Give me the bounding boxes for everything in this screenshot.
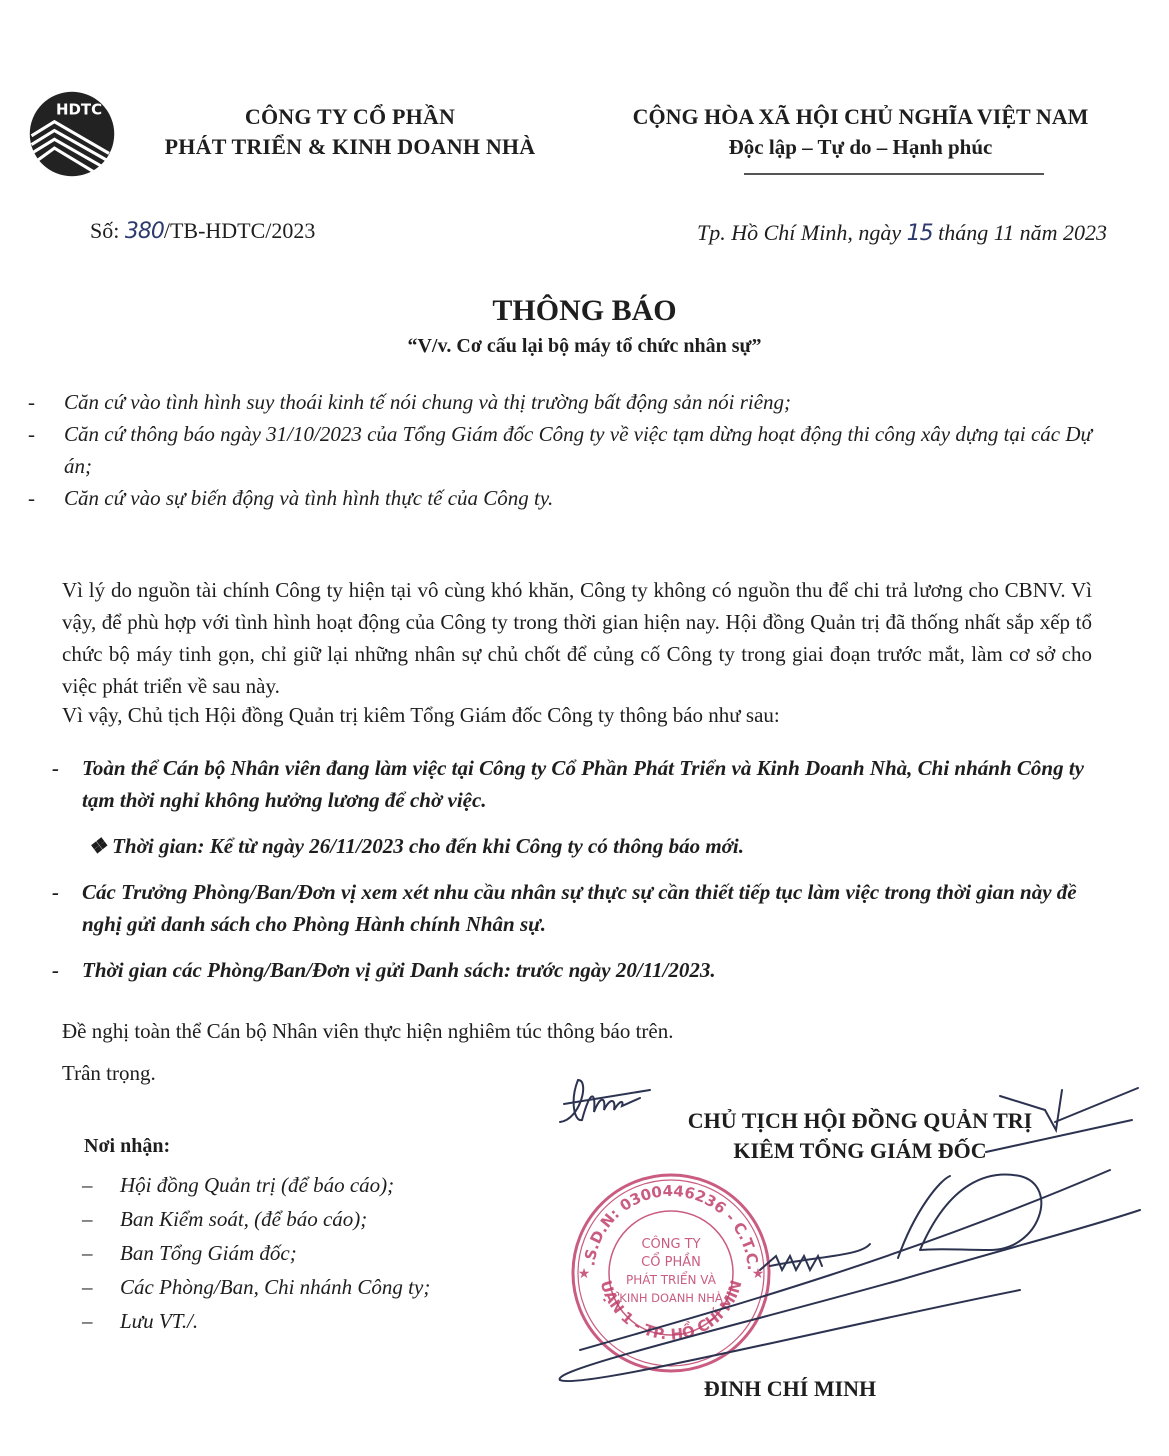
- recipient-text: Hội đồng Quản trị (để báo cáo);: [120, 1168, 394, 1202]
- body-lead: Vì vậy, Chủ tịch Hội đồng Quản trị kiêm …: [62, 703, 780, 728]
- document-title: THÔNG BÁO: [0, 294, 1169, 328]
- recipient-item: –Hội đồng Quản trị (để báo cáo);: [84, 1168, 430, 1202]
- closing: Đề nghị toàn thể Cán bộ Nhân viên thực h…: [62, 1010, 674, 1094]
- dash-bullet: –: [82, 1202, 120, 1236]
- decisions-list: -Toàn thể Cán bộ Nhân viên đang làm việc…: [52, 752, 1112, 1000]
- document-number-prefix: Số:: [90, 218, 125, 243]
- signatory-title: CHỦ TỊCH HỘI ĐỒNG QUẢN TRỊ KIÊM TỔNG GIÁ…: [560, 1106, 1160, 1166]
- decision-text: Các Trưởng Phòng/Ban/Đơn vị xem xét nhu …: [82, 876, 1112, 940]
- signatory-title-line1: CHỦ TỊCH HỘI ĐỒNG QUẢN TRỊ: [560, 1106, 1160, 1136]
- svg-text:★: ★: [752, 1266, 765, 1282]
- basis-text: Căn cứ vào sự biến động và tình hình thự…: [64, 482, 553, 514]
- legal-bases: -Căn cứ vào tình hình suy thoái kinh tế …: [28, 386, 1118, 514]
- recipient-item: –Ban Kiểm soát, (để báo cáo);: [84, 1202, 430, 1236]
- basis-item: -Căn cứ thông báo ngày 31/10/2023 của Tổ…: [28, 418, 1118, 482]
- document-number-suffix: /TB-HDTC/2023: [164, 218, 316, 243]
- svg-text:HDTC: HDTC: [56, 101, 102, 119]
- dash-bullet: -: [28, 482, 64, 514]
- company-logo: HDTC: [28, 90, 116, 178]
- company-name-line2: PHÁT TRIỂN & KINH DOANH NHÀ: [120, 132, 580, 162]
- recipient-text: Các Phòng/Ban, Chi nhánh Công ty;: [120, 1270, 430, 1304]
- dash-bullet: –: [82, 1168, 120, 1202]
- day-handwritten: 15: [907, 221, 933, 246]
- svg-text:PHÁT TRIỂN VÀ: PHÁT TRIỂN VÀ: [626, 1271, 717, 1287]
- svg-text:CÔNG TY: CÔNG TY: [641, 1236, 700, 1252]
- recipient-text: Ban Kiểm soát, (để báo cáo);: [120, 1202, 367, 1236]
- diamond-bullet-icon: ❖: [88, 834, 107, 858]
- dash-bullet: -: [52, 752, 82, 816]
- nation-name: CỘNG HÒA XÃ HỘI CHỦ NGHĨA VIỆT NAM: [588, 102, 1133, 132]
- decision-text: Thời gian các Phòng/Ban/Đơn vị gửi Danh …: [82, 954, 716, 986]
- basis-text: Căn cứ vào tình hình suy thoái kinh tế n…: [64, 386, 791, 418]
- recipient-item: –Ban Tổng Giám đốc;: [84, 1236, 430, 1270]
- motto-underline: [744, 173, 1044, 175]
- document-number: Số: 380/TB-HDTC/2023: [90, 218, 315, 244]
- decision-subitem-text: Thời gian: Kể từ ngày 26/11/2023 cho đến…: [112, 834, 744, 858]
- recipient-text: Lưu VT./.: [120, 1304, 198, 1338]
- dash-bullet: -: [52, 954, 82, 986]
- dash-bullet: -: [28, 386, 64, 418]
- document-number-handwritten: 380: [125, 219, 164, 244]
- body-paragraph: Vì lý do nguồn tài chính Công ty hiện tạ…: [62, 574, 1092, 702]
- closing-request: Đề nghị toàn thể Cán bộ Nhân viên thực h…: [62, 1010, 674, 1052]
- basis-item: -Căn cứ vào sự biến động và tình hình th…: [28, 482, 1118, 514]
- company-name-line1: CÔNG TY CỔ PHẦN: [120, 102, 580, 132]
- svg-text:CỔ PHẦN: CỔ PHẦN: [641, 1253, 701, 1270]
- company-name: CÔNG TY CỔ PHẦN PHÁT TRIỂN & KINH DOANH …: [120, 102, 580, 162]
- date-suffix: tháng 11 năm 2023: [933, 220, 1107, 245]
- dash-bullet: –: [82, 1236, 120, 1270]
- place-and-date: Tp. Hồ Chí Minh, ngày 15 tháng 11 năm 20…: [697, 220, 1107, 246]
- signatory-name: ĐINH CHÍ MINH: [560, 1376, 1020, 1402]
- document-subject: “V/v. Cơ cấu lại bộ máy tổ chức nhân sự”: [0, 335, 1169, 358]
- decision-subitem: ❖ Thời gian: Kể từ ngày 26/11/2023 cho đ…: [52, 830, 1112, 862]
- svg-text:KINH DOANH NHÀ: KINH DOANH NHÀ: [619, 1290, 723, 1305]
- dash-bullet: –: [82, 1270, 120, 1304]
- national-header: CỘNG HÒA XÃ HỘI CHỦ NGHĨA VIỆT NAM Độc l…: [588, 102, 1133, 162]
- decision-text: Toàn thể Cán bộ Nhân viên đang làm việc …: [82, 752, 1112, 816]
- closing-regards: Trân trọng.: [62, 1052, 674, 1094]
- dash-bullet: –: [82, 1304, 120, 1338]
- recipients-heading: Nơi nhận:: [84, 1135, 430, 1158]
- decision-item: -Toàn thể Cán bộ Nhân viên đang làm việc…: [52, 752, 1112, 816]
- recipient-item: –Lưu VT./.: [84, 1304, 430, 1338]
- signatory-title-line2: KIÊM TỔNG GIÁM ĐỐC: [560, 1136, 1160, 1166]
- svg-text:★: ★: [578, 1266, 591, 1282]
- national-motto: Độc lập – Tự do – Hạnh phúc: [588, 132, 1133, 162]
- place-prefix: Tp. Hồ Chí Minh, ngày: [697, 220, 907, 245]
- dash-bullet: -: [52, 876, 82, 940]
- recipient-text: Ban Tổng Giám đốc;: [120, 1236, 297, 1270]
- basis-text: Căn cứ thông báo ngày 31/10/2023 của Tổn…: [64, 418, 1118, 482]
- recipient-item: –Các Phòng/Ban, Chi nhánh Công ty;: [84, 1270, 430, 1304]
- decision-item: -Các Trưởng Phòng/Ban/Đơn vị xem xét nhu…: [52, 876, 1112, 940]
- dash-bullet: -: [28, 418, 64, 482]
- basis-item: -Căn cứ vào tình hình suy thoái kinh tế …: [28, 386, 1118, 418]
- company-seal-icon: M.S.D.N: 0300446236 - C.T.C.P QUẬN 1 - T…: [566, 1168, 776, 1378]
- decision-item: -Thời gian các Phòng/Ban/Đơn vị gửi Danh…: [52, 954, 1112, 986]
- recipients: Nơi nhận: –Hội đồng Quản trị (để báo cáo…: [84, 1135, 430, 1338]
